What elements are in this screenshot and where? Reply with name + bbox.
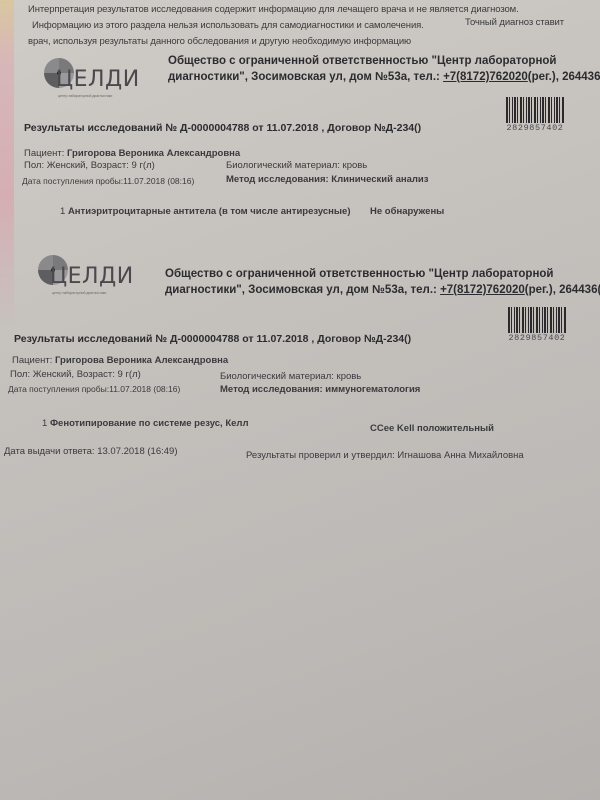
sample-received-date: Дата поступления пробы:11.07.2018 (08:16… — [22, 176, 194, 186]
patient-line: Пациент: Григорова Вероника Александровн… — [24, 148, 240, 159]
bio-material: Биологический материал: кровь — [226, 160, 367, 171]
sex-age: Пол: Женский, Возраст: 9 г(л) — [24, 160, 155, 171]
test-name: Антиэритроцитарные антитела (в том числе… — [68, 206, 351, 217]
sex-age: Пол: Женский, Возраст: 9 г(л) — [10, 369, 141, 380]
celdi-logo: ЦЕЛДИ центр лабораторной диагностики — [38, 56, 128, 106]
study-method: Метод исследования: иммуногематология — [220, 384, 420, 395]
study-method: Метод исследования: Клинический анализ — [226, 174, 429, 185]
test-result: CCee Kell положительный — [370, 423, 494, 434]
desk-edge — [0, 0, 14, 330]
org-header: Общество с ограниченной ответственностью… — [165, 266, 600, 298]
barcode-icon — [508, 307, 566, 333]
celdi-logo: ЦЕЛДИ центр лабораторной диагностики — [32, 253, 122, 303]
test-row: 1 Фенотипирование по системе резус, Келл — [42, 418, 249, 429]
barcode: 2829857402 — [503, 97, 567, 135]
sample-received-date: Дата поступления пробы:11.07.2018 (08:16… — [8, 384, 180, 394]
test-name: Фенотипирование по системе резус, Келл — [50, 418, 249, 429]
disclaimer-line-3: врач, используя результаты данного обсле… — [28, 36, 411, 47]
barcode-icon — [506, 97, 564, 123]
disclaimer-line-2b: Точный диагноз ставит — [465, 17, 564, 28]
results-header: Результаты исследований № Д-0000004788 о… — [14, 333, 411, 345]
barcode: 2829857402 — [505, 307, 569, 345]
verified-by: Результаты проверил и утвердил: Игнашова… — [246, 450, 524, 461]
phone-link[interactable]: +7(8172)762020 — [440, 284, 525, 296]
results-header: Результаты исследований № Д-0000004788 о… — [24, 122, 421, 134]
org-header: Общество с ограниченной ответственностью… — [168, 53, 600, 85]
disclaimer-line-1: Интерпретация результатов исследования с… — [28, 4, 519, 15]
patient-name: Григорова Вероника Александровна — [67, 148, 240, 159]
test-row: 1 Антиэритроцитарные антитела (в том чис… — [60, 206, 350, 217]
test-result: Не обнаружены — [370, 206, 444, 217]
bio-material: Биологический материал: кровь — [220, 371, 361, 382]
phone-link[interactable]: +7(8172)762020 — [443, 71, 528, 83]
patient-name: Григорова Вероника Александровна — [55, 355, 228, 366]
disclaimer-line-2a: Информацию из этого раздела нельзя испол… — [32, 20, 424, 31]
patient-line: Пациент: Григорова Вероника Александровн… — [12, 355, 228, 366]
issue-date: Дата выдачи ответа: 13.07.2018 (16:49) — [4, 446, 178, 457]
